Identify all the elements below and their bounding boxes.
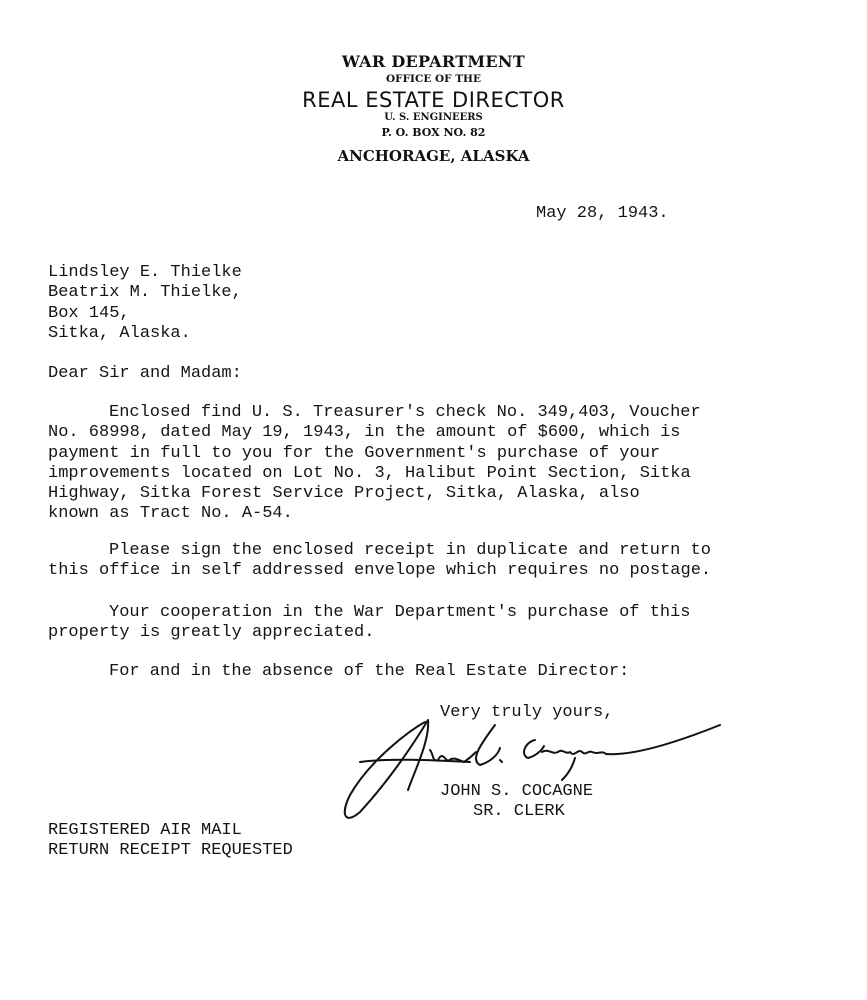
paragraph-line: payment in full to you for the Governmen…: [48, 444, 701, 464]
letterhead-director: REAL ESTATE DIRECTOR: [0, 88, 867, 112]
paragraph-line: known as Tract No. A-54.: [48, 504, 701, 524]
notation-line: REGISTERED AIR MAIL: [48, 821, 293, 841]
letterhead-city: ANCHORAGE, ALASKA: [0, 147, 867, 165]
letterhead-po-box: P. O. BOX NO. 82: [0, 126, 867, 139]
signer-title: SR. CLERK: [473, 802, 565, 822]
signer-name: JOHN S. COCAGNE: [440, 782, 593, 802]
paragraph-line: No. 68998, dated May 19, 1943, in the am…: [48, 423, 701, 443]
address-line: Box 145,: [48, 304, 242, 324]
paragraph-line: Highway, Sitka Forest Service Project, S…: [48, 484, 701, 504]
paragraph-line: property is greatly appreciated.: [48, 623, 691, 643]
mailing-notation: REGISTERED AIR MAILRETURN RECEIPT REQUES…: [48, 821, 293, 862]
paragraph-line: improvements located on Lot No. 3, Halib…: [48, 464, 701, 484]
paragraph-payment: Enclosed find U. S. Treasurer's check No…: [48, 403, 701, 525]
notation-line: RETURN RECEIPT REQUESTED: [48, 841, 293, 861]
address-line: Sitka, Alaska.: [48, 324, 242, 344]
paragraph-absence: For and in the absence of the Real Estat…: [48, 662, 629, 682]
paragraph-line: Enclosed find U. S. Treasurer's check No…: [109, 403, 701, 422]
address-line: Beatrix M. Thielke,: [48, 283, 242, 303]
paragraph-line: For and in the absence of the Real Estat…: [109, 662, 629, 681]
letterhead-engineers: U. S. ENGINEERS: [0, 112, 867, 123]
paragraph-receipt: Please sign the enclosed receipt in dupl…: [48, 541, 711, 582]
paragraph-line: Your cooperation in the War Department's…: [109, 603, 691, 622]
recipient-address: Lindsley E. ThielkeBeatrix M. Thielke,Bo…: [48, 263, 242, 344]
paragraph-line: Please sign the enclosed receipt in dupl…: [109, 541, 711, 560]
letterhead-office: OFFICE OF THE: [0, 73, 867, 85]
paragraph-cooperation: Your cooperation in the War Department's…: [48, 603, 691, 644]
letterhead-department: WAR DEPARTMENT: [0, 52, 867, 71]
paragraph-line: this office in self addressed envelope w…: [48, 561, 711, 581]
letter-date: May 28, 1943.: [536, 204, 669, 224]
address-line: Lindsley E. Thielke: [48, 263, 242, 283]
salutation: Dear Sir and Madam:: [48, 364, 242, 384]
